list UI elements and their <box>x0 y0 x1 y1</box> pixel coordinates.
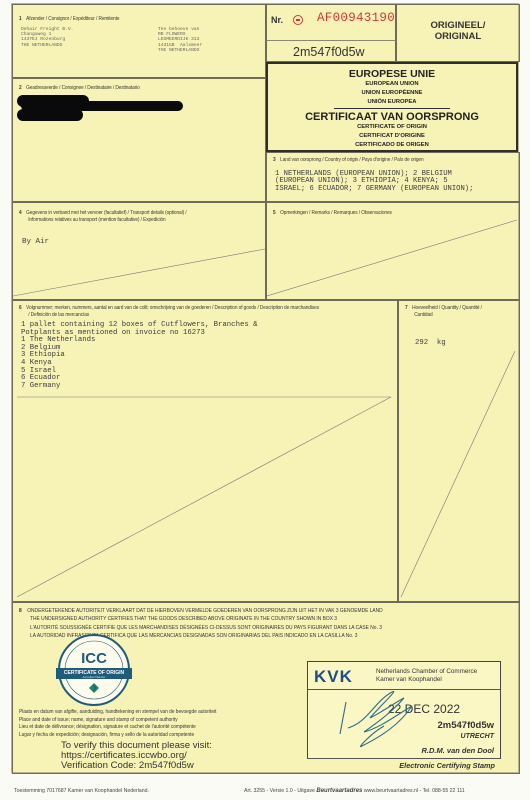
serial-number-box: Nr. AF00943190 <box>266 4 396 40</box>
kvk-divider <box>308 689 500 690</box>
box-5-label: 5Opmerkingen / Remarks / Remarques / Obs… <box>273 210 392 217</box>
consignee-redaction <box>17 109 83 121</box>
consignor-address: Dehair Freight B.V. Changuweg 1 1437EJ R… <box>21 27 73 48</box>
box-1-label: 1Afzender / Consignor / Expéditeur / Rem… <box>19 16 119 23</box>
union-nl: EUROPESE UNIE <box>268 68 516 80</box>
svg-text:Accredited Chamber: Accredited Chamber <box>83 676 106 679</box>
box-8-certification: 8ONDERGETEKENDE AUTORITEIT VERKLAART DAT… <box>12 602 520 774</box>
nr-label: Nr. <box>271 15 283 25</box>
footer-right: Art. 3255 - Versie 1.0 - Uitgave Beurtva… <box>244 788 465 794</box>
box-6-label: 6Volgnummer; merken, nummers, aantal en … <box>19 305 319 319</box>
box-6-goods: 6Volgnummer; merken, nummers, aantal en … <box>12 300 398 602</box>
footer-left: Toestemming 7017687 Kamer van Koophandel… <box>14 788 149 794</box>
quantity-value: 292 kg <box>415 339 446 347</box>
kvk-stamp: KVK Netherlands Chamber of CommerceKamer… <box>307 661 501 769</box>
place-date-labels: Plaats en datum van afgifte, aanduiding,… <box>19 709 216 739</box>
cert-es: CERTIFICADO DE ORIGEN <box>268 142 516 148</box>
box-7-label: 7Hoeveelheid / Quantity / Quantité /Cant… <box>405 305 482 319</box>
box-5-remarks: 5Opmerkingen / Remarks / Remarques / Obs… <box>266 202 520 300</box>
stamp-caption-bar: Electronic Certifying Stamp <box>307 758 501 770</box>
seal-icon <box>293 15 303 25</box>
box-2-consignee: 2Geadresseerde / Consignee / Destinatair… <box>12 78 266 202</box>
title-block: EUROPESE UNIE EUROPEAN UNION UNION EUROP… <box>266 62 518 152</box>
icc-certificate-seal: ICC CERTIFICATE OF ORIGIN Accredited Cha… <box>49 633 139 707</box>
transport-value: By Air <box>22 238 49 246</box>
certificate-sheet: 1Afzender / Consignor / Expéditeur / Rem… <box>11 3 519 773</box>
cert-fr: CERTIFICAT D'ORIGINE <box>268 133 516 139</box>
svg-text:ICC: ICC <box>81 650 107 667</box>
union-fr: UNION EUROPÉENNE <box>268 90 516 96</box>
verification-code-box: 2m547f0d5w <box>266 40 396 62</box>
cert-nl: CERTIFICAAT VAN OORSPRONG <box>268 111 516 123</box>
union-es: UNIÓN EUROPEA <box>268 99 516 105</box>
goods-description: 1 pallet containing 12 boxes of Cutflowe… <box>21 322 257 390</box>
box-2-label: 2Geadresseerde / Consignee / Destinatair… <box>19 85 140 92</box>
union-en: EUROPEAN UNION <box>268 81 516 87</box>
stamp-date: 22 DEC 2022 <box>388 702 460 716</box>
title-divider <box>334 108 450 109</box>
kvk-logo: KVK <box>314 667 353 687</box>
box-4-transport: 4Gegevens in verband met het vervoer (fa… <box>12 202 266 300</box>
box-1-consignor: 1Afzender / Consignor / Expéditeur / Rem… <box>12 4 266 78</box>
box-5-cancel-line <box>267 203 521 301</box>
original-box: ORIGINEEL/ORIGINAL <box>396 4 520 62</box>
stamp-city: UTRECHT <box>461 733 494 740</box>
box-4-label: 4Gegevens in verband met het vervoer (fa… <box>19 210 187 224</box>
verification-info: To verify this document please visit: ht… <box>61 741 212 771</box>
original-label: ORIGINEEL/ORIGINAL <box>397 20 519 42</box>
origin-countries: 1 NETHERLANDS (EUROPEAN UNION); 2 BELGIU… <box>275 171 473 193</box>
stamp-code: 2m547f0d5w <box>437 720 494 731</box>
stamp-caption: Electronic Certifying Stamp <box>399 761 495 770</box>
box-7-quantity: 7Hoeveelheid / Quantity / Quantité /Cant… <box>398 300 520 602</box>
serial-number: AF00943190 <box>317 11 395 25</box>
verification-code: 2m547f0d5w <box>293 45 365 59</box>
box-3-country-of-origin: 3Land van oorsprong / Country of origin … <box>266 152 520 202</box>
stamp-signatory: R.D.M. van den Dool <box>421 746 494 755</box>
on-behalf-address: Ten behoeve van RB FLOWERS LEGMEERDIJK 3… <box>158 27 202 53</box>
kvk-org: Netherlands Chamber of CommerceKamer van… <box>376 668 477 684</box>
box-3-label: 3Land van oorsprong / Country of origin … <box>273 157 424 164</box>
cert-en: CERTIFICATE OF ORIGIN <box>268 124 516 130</box>
